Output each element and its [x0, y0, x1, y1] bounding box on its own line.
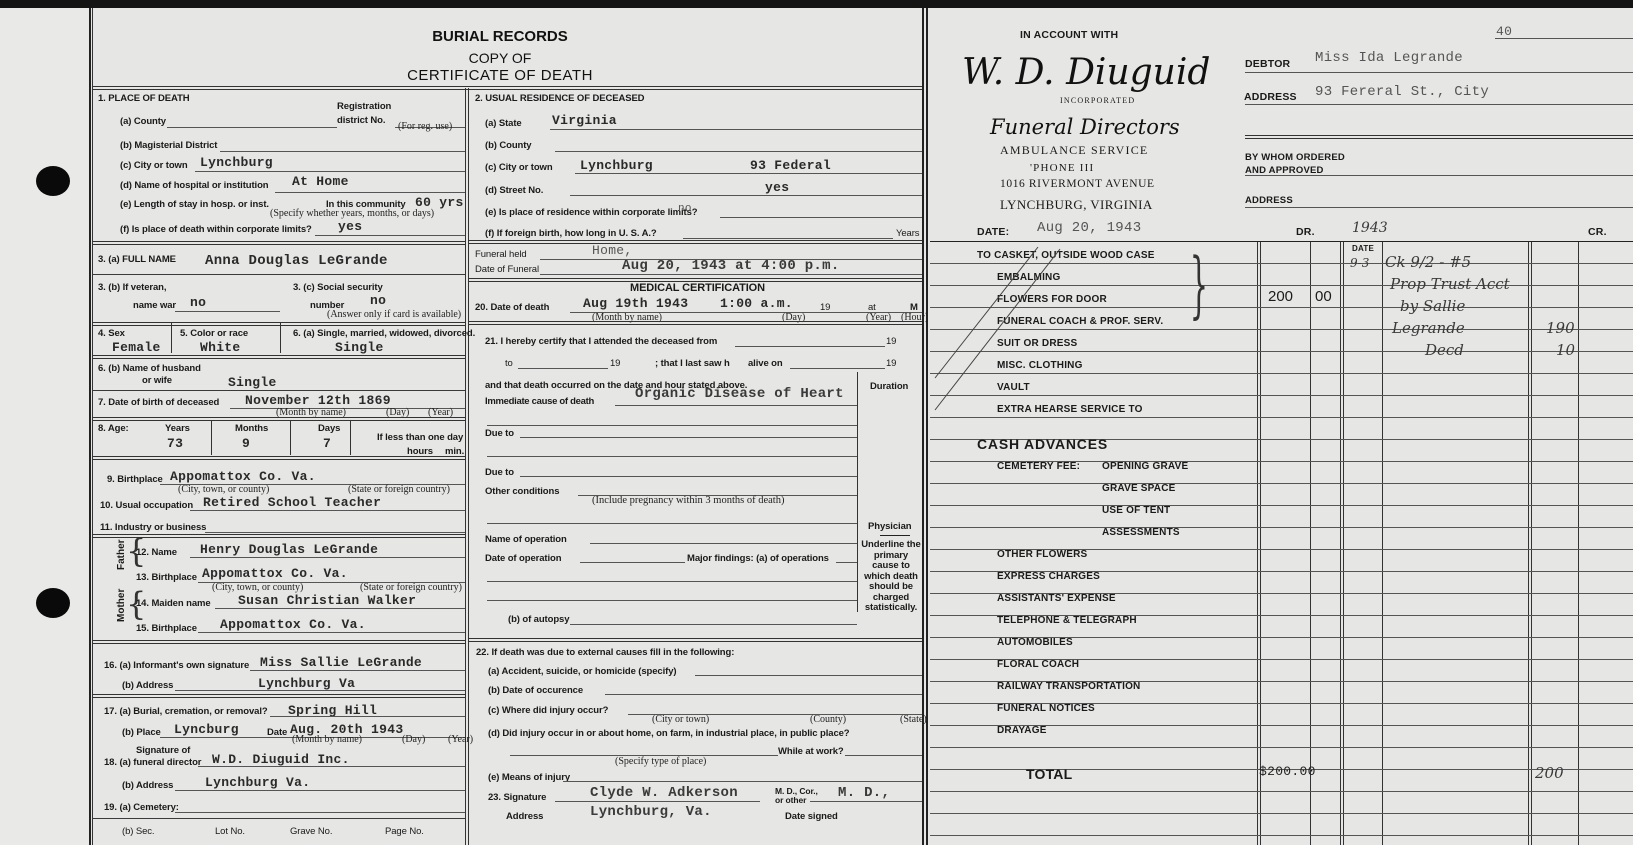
director-label: Signature of	[136, 745, 190, 756]
hospital-field-line	[275, 192, 465, 193]
item-automobiles: AUTOMOBILES	[997, 637, 1073, 648]
item-other-flowers: OTHER FLOWERS	[997, 549, 1087, 560]
occupation-value: Retired School Teacher	[203, 495, 381, 510]
credit-total: 200	[1535, 764, 1564, 782]
industry-label: 11. Industry or business	[100, 522, 206, 533]
operation-date-label: Date of operation	[485, 553, 561, 564]
director-address-line	[175, 790, 465, 791]
item-floral-coach: FLORAL COACH	[997, 659, 1079, 670]
handwritten-note-4: Decd	[1425, 341, 1464, 359]
foreign-years-label: Years	[896, 228, 919, 239]
attended-to-field[interactable]	[518, 368, 608, 369]
cause-line-2[interactable]	[487, 425, 857, 426]
cell-divider	[290, 420, 291, 455]
ordered-by-field[interactable]	[1245, 175, 1633, 176]
corporate-field-line	[315, 235, 465, 236]
age-months-label: Months	[235, 423, 268, 434]
item-railway-transportation: RAILWAY TRANSPORTATION	[997, 681, 1140, 692]
company-tagline: Funeral Directors	[990, 115, 1180, 139]
ordered-by-label: BY WHOM ORDERED	[1245, 152, 1345, 163]
address-line	[1245, 104, 1633, 105]
full-name-value: Anna Douglas LeGrande	[205, 253, 388, 269]
funeral-date-value: Aug 20, 1943 at 4:00 p.m.	[622, 258, 840, 274]
foreign-label: (f) If foreign birth, how long in U. S. …	[485, 228, 657, 239]
while-at-work-field[interactable]	[845, 755, 922, 756]
rule	[469, 321, 922, 325]
findings-line-3[interactable]	[487, 600, 857, 601]
physician-title-value: M. D.,	[838, 785, 890, 801]
corporate-label: (f) Is place of death within corporate l…	[120, 224, 312, 235]
credit-amount-1: 190	[1546, 319, 1575, 337]
age-months-value: 9	[242, 436, 250, 451]
state-line	[550, 129, 922, 130]
incorporated-label: INCORPORATED	[1060, 96, 1135, 105]
mother-birthplace-label: 15. Birthplace	[136, 623, 197, 634]
operation-name-label: Name of operation	[485, 534, 567, 545]
funeral-date-line	[540, 274, 922, 275]
debtor-label: DEBTOR	[1245, 58, 1290, 70]
residence-city-value: Lynchburg	[580, 158, 653, 173]
strike-lines-icon	[930, 242, 1160, 422]
physician-address-label: Address	[506, 811, 543, 822]
spouse-value: Single	[228, 375, 277, 390]
pregnancy-note: (Include pregnancy within 3 months of de…	[592, 495, 784, 506]
mother-name-value: Susan Christian Walker	[238, 593, 416, 608]
burial-place-value: Lyncburg	[174, 722, 239, 737]
cemetery-label: 19. (a) Cemetery:	[104, 802, 179, 813]
residence-corporate-value: yes	[765, 180, 789, 195]
rule	[469, 638, 922, 642]
ssn-label: 3. (c) Social security	[293, 282, 383, 293]
handwritten-date: 9-3	[1350, 256, 1369, 270]
flowers-dollars: 200	[1268, 288, 1293, 305]
veteran-label: 3. (b) If veteran,	[98, 282, 166, 293]
item-drayage: DRAYAGE	[997, 725, 1047, 736]
total-label: TOTAL	[1026, 766, 1072, 782]
due-to-field-1[interactable]	[520, 437, 857, 438]
rule	[93, 694, 465, 698]
father-name-label: 12. Name	[136, 547, 177, 558]
mother-birthplace-value: Appomattox Co. Va.	[220, 617, 366, 632]
item-express-charges: EXPRESS CHARGES	[997, 571, 1100, 582]
frame-left	[89, 8, 91, 845]
rule	[93, 390, 465, 391]
doc-title: BURIAL RECORDS	[380, 28, 620, 45]
handwritten-note-1: Prop Trust Acct	[1390, 275, 1510, 293]
item-opening-grave: OPENING GRAVE	[1102, 461, 1188, 472]
district-label: district No.	[337, 115, 385, 126]
informant-address-value: Lynchburg Va	[258, 676, 355, 691]
external-b-field[interactable]	[605, 694, 922, 695]
page-label: Page No.	[385, 826, 424, 837]
name-war-label: name war	[133, 300, 176, 311]
death-date-label: 20. Date of death	[475, 302, 549, 313]
debtor-value: Miss Ida Legrande	[1315, 50, 1463, 66]
mother-name-label: 14. Maiden name	[136, 598, 211, 609]
year-prefix: 19	[886, 358, 896, 369]
debit-label: DR.	[1296, 226, 1315, 238]
column-divider-2	[468, 88, 469, 845]
ssn-note: (Answer only if card is available)	[327, 309, 461, 320]
external-note-county: (County)	[810, 714, 846, 725]
item-assessments: ASSESSMENTS	[1102, 527, 1180, 538]
item-telephone-telegraph: TELEPHONE & TELEGRAPH	[997, 615, 1137, 626]
cell-divider	[350, 420, 351, 455]
cemetery-fee-label: CEMETERY FEE:	[997, 461, 1080, 472]
date-signed-label: Date signed	[785, 811, 838, 822]
funeral-date-label: Date of Funeral	[475, 264, 539, 275]
physician-note: Underline the primary cause to which dea…	[860, 540, 922, 614]
external-note-state: (State)	[900, 714, 927, 725]
autopsy-label: (b) of autopsy	[508, 614, 569, 625]
binder-margin	[0, 8, 90, 845]
funeral-held-label: Funeral held	[475, 249, 527, 260]
residence-state-value: Virginia	[552, 113, 617, 128]
due-to-field-2[interactable]	[520, 476, 857, 477]
city-value: Lynchburg	[200, 155, 273, 170]
account-date-label: DATE:	[977, 226, 1009, 238]
medical-heading: MEDICAL CERTIFICATION	[630, 282, 765, 294]
director-label-2: 18. (a) funeral director	[104, 757, 201, 768]
rule	[93, 322, 465, 326]
external-c-label: (c) Where did injury occur?	[488, 705, 608, 716]
cell-divider	[211, 420, 212, 455]
sex-label: 4. Sex	[98, 328, 125, 339]
findings-label: Major findings: (a) of operations	[687, 553, 829, 564]
spouse-label-2: or wife	[142, 375, 172, 386]
death-date-value: Aug 19th 1943	[583, 296, 688, 311]
age-days-value: 7	[323, 436, 331, 451]
burial-date-note-year: (Year)	[448, 734, 473, 745]
handwritten-note-3: Legrande	[1392, 319, 1465, 337]
father-name-value: Henry Douglas LeGrande	[200, 542, 378, 557]
external-note-city: (City or town)	[652, 714, 709, 725]
due-to-label-1: Due to	[485, 428, 514, 439]
rule	[469, 240, 922, 244]
rule	[93, 241, 465, 245]
physician-signature-label: 23. Signature	[488, 792, 546, 803]
cell-divider	[171, 323, 172, 353]
handwritten-note-2: by Sallie	[1400, 297, 1465, 315]
immediate-cause-value: Organic Disease of Heart	[635, 386, 844, 402]
title-line	[810, 801, 922, 802]
rule	[93, 818, 465, 819]
stay-label: (e) Length of stay in hosp. or inst.	[120, 199, 269, 210]
debtor-address-label: ADDRESS	[1244, 91, 1297, 103]
residence-street-value: 93 Federal	[750, 158, 831, 173]
in-account-with: IN ACCOUNT WITH	[1020, 29, 1118, 41]
city-note: (City, town, or county)	[212, 582, 303, 593]
death-time-value: 1:00 a.m.	[720, 296, 793, 311]
handwritten-check: Ck 9/2 - #5	[1385, 253, 1471, 271]
immediate-cause-line	[615, 405, 857, 406]
credit-label: CR.	[1588, 226, 1607, 238]
physician-label: Physician	[868, 521, 911, 532]
state-note: (State or foreign country)	[360, 582, 462, 593]
name-war-value: no	[190, 295, 206, 310]
director-value: W.D. Diuguid Inc.	[212, 752, 350, 767]
race-label: 5. Color or race	[180, 328, 248, 339]
birthplace-label: 9. Birthplace	[107, 474, 163, 485]
less-than-day-label: If less than one day	[377, 432, 463, 443]
item-grave-space: GRAVE SPACE	[1102, 483, 1176, 494]
duration-column	[857, 372, 858, 612]
residence-city-label: (c) City or town	[485, 162, 553, 173]
rule	[93, 274, 465, 275]
rule	[93, 355, 465, 359]
county-field[interactable]	[167, 127, 337, 128]
corporate-value: yes	[338, 219, 362, 234]
city-field-line	[195, 171, 465, 172]
mother-birthplace-line	[198, 632, 465, 633]
burial-place-label: (b) Place	[122, 727, 161, 738]
debtor-address-value: 93 Fereral St., City	[1315, 84, 1489, 100]
corporate-line	[720, 217, 922, 218]
column-divider	[465, 88, 466, 845]
year-prefix: 19	[886, 336, 896, 347]
due-to-label-2: Due to	[485, 467, 514, 478]
dob-label: 7. Date of birth of deceased	[98, 397, 219, 408]
residence-county-field[interactable]	[555, 151, 922, 152]
burial-line	[270, 716, 465, 717]
credit-amount-2: 10	[1556, 341, 1575, 359]
item-assistants-expense: ASSISTANTS' EXPENSE	[997, 593, 1116, 604]
external-heading: 22. If death was due to external causes …	[476, 647, 734, 658]
name-war-line	[175, 311, 280, 312]
account-number: 40	[1496, 24, 1512, 39]
street-line	[570, 195, 922, 196]
hospital-label: (d) Name of hospital or institution	[120, 180, 269, 191]
city-note: (City, town, or county)	[178, 484, 269, 495]
rule	[93, 417, 465, 421]
autopsy-field[interactable]	[570, 624, 857, 625]
stay-note: (Specify whether years, months, or days)	[270, 208, 434, 219]
ambulance-service: AMBULANCE SERVICE	[1000, 143, 1148, 158]
state-note: (State or foreign country)	[348, 484, 450, 495]
informant-label: 16. (a) Informant's own signature	[104, 660, 249, 671]
birthplace-value: Appomattox Co. Va.	[170, 469, 316, 484]
alive-label: alive on	[748, 358, 783, 369]
residence-city-line	[575, 173, 922, 174]
attended-from-field[interactable]	[735, 346, 885, 347]
industry-field[interactable]	[205, 532, 465, 533]
street-label: (d) Street No.	[485, 185, 543, 196]
rule	[93, 456, 465, 460]
ordered-address-field[interactable]	[1245, 207, 1633, 208]
debtor-line	[1245, 72, 1633, 73]
foreign-field[interactable]	[683, 238, 893, 239]
informant-address-label: (b) Address	[122, 680, 173, 691]
other-conditions-line-2[interactable]	[487, 523, 857, 524]
punch-hole-icon	[36, 588, 70, 618]
means-of-injury-label: (e) Means of injury	[488, 772, 570, 783]
magisterial-label: (b) Magisterial District	[120, 140, 217, 151]
ssn-value: no	[370, 293, 386, 308]
dob-value: November 12th 1869	[245, 393, 391, 408]
signature-line	[555, 801, 760, 802]
marital-label: 6. (a) Single, married, widowed, divorce…	[293, 328, 475, 339]
last-saw-label: ; that I last saw h	[655, 358, 730, 369]
burial-date-note-month: (Month by name)	[292, 734, 362, 745]
informant-line	[250, 670, 465, 671]
burial-date-note-day: (Day)	[402, 734, 425, 745]
father-birthplace-value: Appomattox Co. Va.	[202, 566, 348, 581]
section-residence: 2. USUAL RESIDENCE OF DECEASED	[475, 93, 644, 104]
father-birthplace-label: 13. Birthplace	[136, 572, 197, 583]
lot-label: Lot No.	[215, 826, 245, 837]
sec-label: (b) Sec.	[122, 826, 154, 837]
sex-value: Female	[112, 340, 161, 355]
spouse-label: 6. (b) Name of husband	[98, 363, 201, 374]
company-name: W. D. Diuguid	[962, 52, 1210, 93]
to-label: to	[505, 358, 513, 369]
residence-corporate-struck: no	[678, 203, 692, 215]
full-name-label: 3. (a) FULL NAME	[98, 254, 176, 265]
occupation-label: 10. Usual occupation	[100, 500, 193, 511]
doc-subtitle: COPY OF	[380, 50, 620, 66]
director-address-label: (b) Address	[122, 780, 173, 791]
mother-name-line	[215, 608, 465, 609]
duration-label: Duration	[870, 381, 908, 392]
grave-label: Grave No.	[290, 826, 332, 837]
company-street: 1016 RIVERMONT AVENUE	[1000, 178, 1155, 190]
burial-label: 17. (a) Burial, cremation, or removal?	[104, 706, 268, 717]
reg-use-note: (For reg. use)	[398, 121, 452, 132]
alive-on-field[interactable]	[790, 368, 885, 369]
account-number-line	[1495, 38, 1633, 39]
county-label: (a) County	[120, 116, 166, 127]
residence-state-label: (a) State	[485, 118, 522, 129]
operation-date-field[interactable]	[580, 562, 685, 563]
age-days-label: Days	[318, 423, 340, 434]
account-year: 1943	[1352, 220, 1388, 236]
doc-heading: CERTIFICATE OF DEATH	[330, 67, 670, 84]
physician-signature-value: Clyde W. Adkerson	[590, 785, 738, 801]
physician-address-value: Lynchburg, Va.	[590, 804, 712, 820]
item-use-of-tent: USE OF TENT	[1102, 505, 1170, 516]
account-date-value: Aug 20, 1943	[1037, 220, 1141, 236]
certify-label: 21. I hereby certify that I attended the…	[485, 336, 717, 347]
means-of-injury-field[interactable]	[563, 781, 922, 782]
magisterial-field[interactable]	[220, 151, 465, 152]
rule	[93, 534, 465, 538]
rule	[880, 535, 910, 536]
header-rule	[93, 86, 922, 90]
external-b-label: (b) Date of occurence	[488, 685, 583, 696]
city-label: (c) City or town	[120, 160, 188, 171]
ordered-address-label: ADDRESS	[1245, 195, 1293, 206]
section-place-of-death: 1. PLACE OF DEATH	[98, 93, 190, 104]
age-years-value: 73	[167, 436, 183, 451]
marital-value: Single	[335, 340, 384, 355]
director-address-value: Lynchburg Va.	[205, 775, 310, 790]
occupation-line	[190, 510, 465, 511]
company-city: LYNCHBURG, VIRGINIA	[1000, 197, 1153, 213]
findings-line-2[interactable]	[487, 581, 857, 582]
race-value: White	[200, 340, 241, 355]
title-label-2: or other	[775, 795, 806, 805]
age-label: 8. Age:	[98, 423, 129, 434]
informant-address-line	[175, 690, 465, 691]
cemetery-field[interactable]	[175, 812, 465, 813]
external-a-field[interactable]	[695, 675, 922, 676]
findings-field[interactable]	[836, 562, 857, 563]
while-at-work-label: While at work?	[778, 746, 844, 757]
frame-left-inner	[92, 8, 93, 845]
residence-corporate-label: (e) Is place of residence within corpora…	[485, 207, 698, 218]
age-years-label: Years	[165, 423, 190, 434]
immediate-cause-label: Immediate cause of death	[485, 396, 594, 407]
place-type-note: (Specify type of place)	[615, 756, 706, 767]
cause-line-3[interactable]	[487, 456, 857, 457]
cell-divider	[280, 323, 281, 353]
year-prefix: 19	[610, 358, 620, 369]
informant-value: Miss Sallie LeGrande	[260, 655, 422, 670]
father-name-line	[190, 557, 465, 558]
brace-icon: }	[1190, 244, 1208, 324]
hospital-value: At Home	[292, 174, 349, 189]
total-value: $200.00	[1259, 764, 1316, 779]
punch-hole-icon	[36, 166, 70, 196]
other-conditions-label: Other conditions	[485, 486, 559, 497]
director-line	[198, 766, 465, 767]
item-funeral-notices: FUNERAL NOTICES	[997, 703, 1095, 714]
rule	[93, 640, 465, 644]
rule	[1245, 135, 1633, 139]
flowers-cents: 00	[1315, 288, 1332, 305]
residence-county-label: (b) County	[485, 140, 532, 151]
cash-advances-heading: CASH ADVANCES	[977, 436, 1108, 452]
registration-label: Registration	[337, 101, 391, 112]
external-d-label: (d) Did injury occur in or about home, o…	[488, 728, 850, 739]
external-a-label: (a) Accident, suicide, or homicide (spec…	[488, 666, 676, 677]
funeral-held-value: Home,	[592, 243, 633, 258]
operation-name-field[interactable]	[590, 543, 857, 544]
phone-number: 'PHONE III	[1030, 162, 1094, 174]
